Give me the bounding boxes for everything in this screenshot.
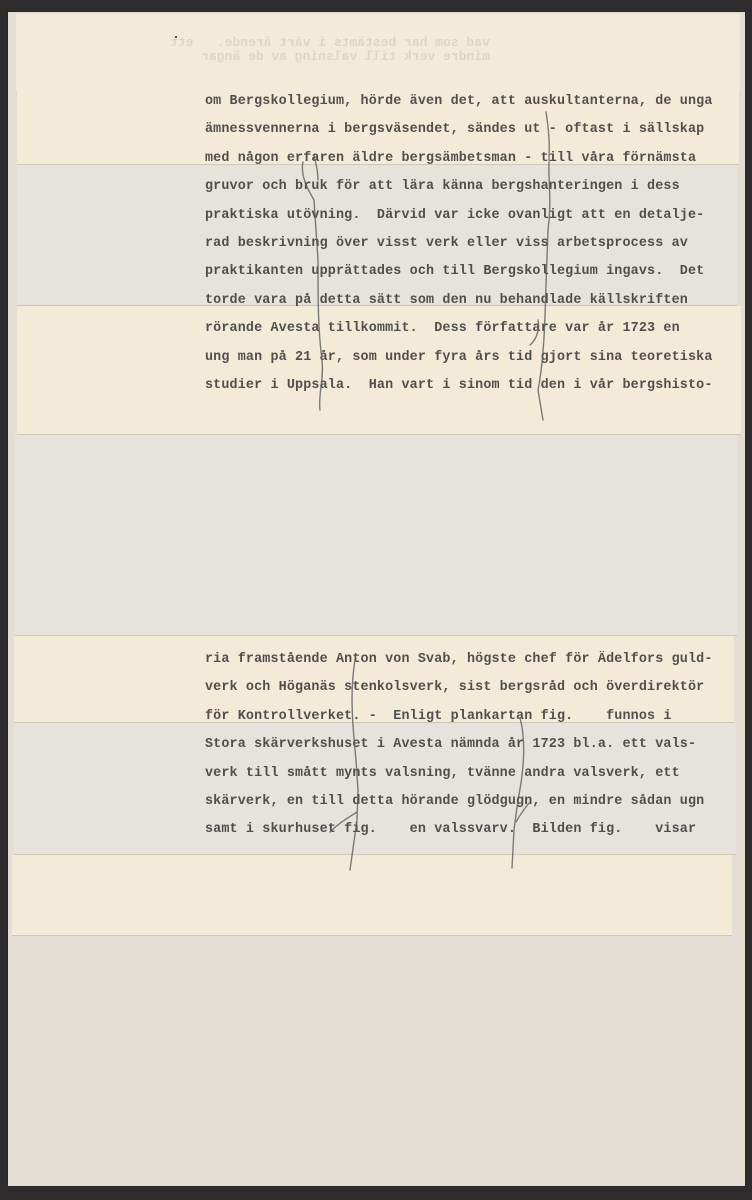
text-line: praktikanten upprättades och till Bergsk… <box>205 258 713 286</box>
text-line: praktiska utövning. Därvid var icke ovan… <box>205 202 713 230</box>
text-line: rad beskrivning över visst verk eller vi… <box>205 230 713 258</box>
text-line: Stora skärverkshuset i Avesta nämnda år … <box>205 731 713 759</box>
text-line: studier i Uppsala. Han vart i sinom tid … <box>205 372 713 400</box>
show-through-text: vad som har bestämts i vårt ärende. ett … <box>170 22 498 64</box>
text-line: ämnessvennerna i bergsväsendet, sändes u… <box>205 116 713 144</box>
text-line: rörande Avesta tillkommit. Dess författa… <box>205 315 713 343</box>
text-line: verk och Höganäs stenkolsverk, sist berg… <box>205 674 713 702</box>
text-line: för Kontrollverket. - Enligt plankartan … <box>205 703 713 731</box>
typed-text-block-1: om Bergskollegium, hörde även det, att a… <box>205 88 713 400</box>
text-line: samt i skurhuset fig. en valssvarv. Bild… <box>205 816 713 844</box>
text-line: med någon erfaren äldre bergsämbetsman -… <box>205 145 713 173</box>
paper-strip-7 <box>12 855 732 936</box>
text-line: verk till smått mynts valsning, tvänne a… <box>205 760 713 788</box>
typed-text-block-2: ria framstående Anton von Svab, högste c… <box>205 646 713 845</box>
text-line: om Bergskollegium, hörde även det, att a… <box>205 88 713 116</box>
text-line: ung man på 21 år, som under fyra års tid… <box>205 344 713 372</box>
text-line: ria framstående Anton von Svab, högste c… <box>205 646 713 674</box>
speck <box>175 36 177 38</box>
text-line: gruvor och bruk för att lära känna bergs… <box>205 173 713 201</box>
paper-strip-4 <box>15 435 737 636</box>
text-line: torde vara på detta sätt som den nu beha… <box>205 287 713 315</box>
text-line: skärverk, en till detta hörande glödgugn… <box>205 788 713 816</box>
